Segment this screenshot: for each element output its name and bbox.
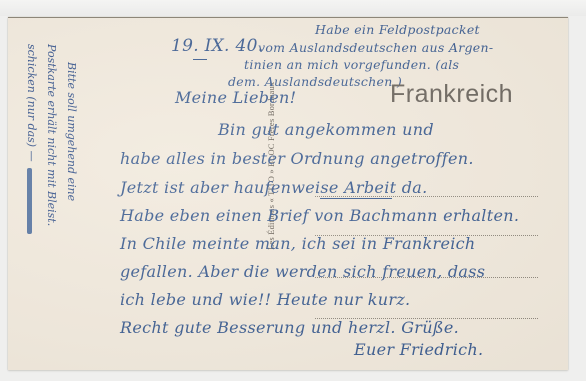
header-note-line-3: tinien an mich vorgefunden. (als bbox=[244, 57, 459, 72]
pencil-annotation-country: Frankreich bbox=[390, 80, 513, 109]
postcard: Bitte soll umgehend eine Postkarte erhäl… bbox=[8, 17, 568, 370]
salutation: Meine Lieben! bbox=[175, 88, 296, 107]
body-line-6: gefallen. Aber die werden sich freuen, d… bbox=[120, 262, 485, 281]
signature: Euer Friedrich. bbox=[354, 340, 483, 359]
body-line-4: Habe eben einen Brief von Bachmann erhal… bbox=[120, 206, 519, 225]
header-note-line-1: Habe ein Feldpostpacket bbox=[315, 22, 480, 37]
body-line-5: In Chile meinte man, ich sei in Frankrei… bbox=[120, 234, 476, 253]
margin-note-line-3: schicken (nur das) — bbox=[25, 44, 38, 162]
body-line-3: Jetzt ist aber haufenweise Arbeit da. bbox=[120, 178, 428, 197]
closing: Recht gute Besserung und herzl. Grüße. bbox=[120, 318, 459, 337]
date-month-underline bbox=[193, 59, 207, 60]
margin-note-line-2: Postkarte erhält nicht mit Bleist. bbox=[45, 44, 58, 226]
margin-note-line-1: Bitte soll umgehend eine bbox=[65, 62, 78, 201]
header-note-line-4: dem. Auslandsdeutschen.) bbox=[228, 74, 402, 89]
scan-sleeve-top bbox=[0, 0, 586, 16]
body-line-2: habe alles in bester Ordnung angetroffen… bbox=[120, 149, 474, 168]
body-line-7: ich lebe und wie!! Heute nur kurz. bbox=[120, 290, 410, 309]
header-note-line-2: vom Auslandsdeutschen aus Argen- bbox=[258, 40, 493, 55]
date: 19. IX. 40. bbox=[171, 36, 263, 56]
arbeit-underline bbox=[320, 198, 392, 199]
body-line-1: Bin gut angekommen und bbox=[218, 120, 434, 139]
ink-strikethrough-mark bbox=[27, 168, 32, 234]
